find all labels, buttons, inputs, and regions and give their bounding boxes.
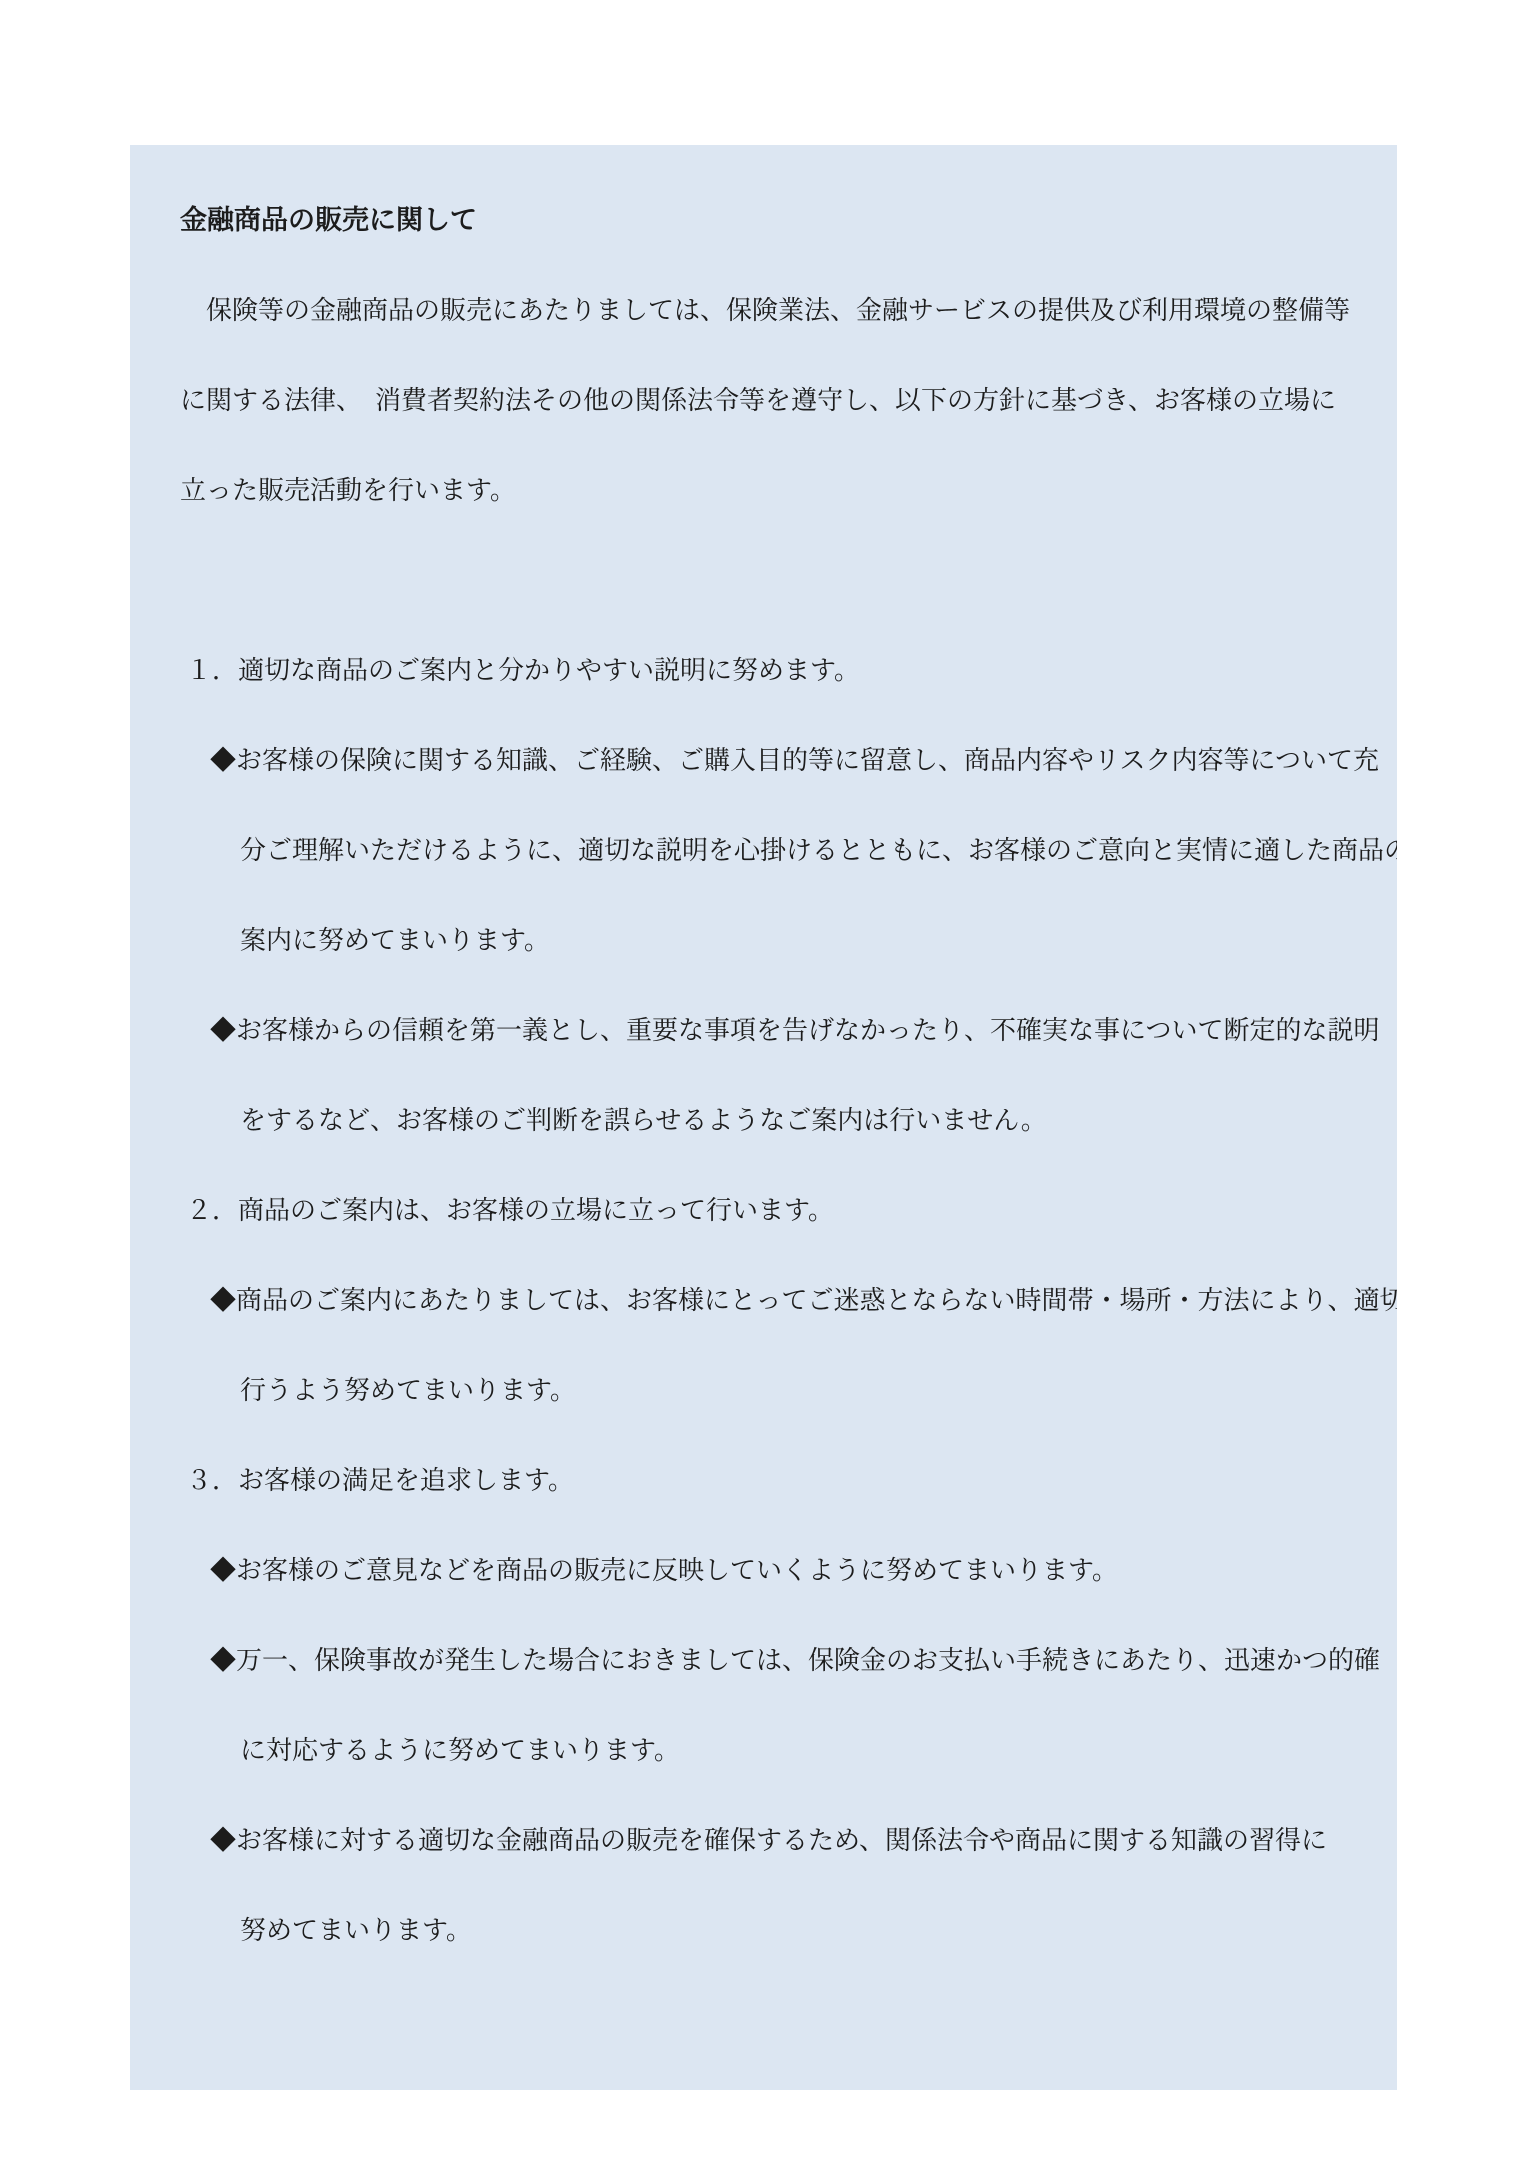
intro-line: に関する法律、 消費者契約法その他の関係法令等を遵守し、以下の方針に基づき、お客… [180,355,1369,445]
financial-products-sales-policy-panel: 金融商品の販売に関して 保険等の金融商品の販売にあたりましては、保険業法、金融サ… [130,145,1397,2090]
intro-line: 保険等の金融商品の販売にあたりましては、保険業法、金融サービスの提供及び利用環境… [180,265,1369,355]
panel-title: 金融商品の販売に関して [180,175,1369,265]
item-heading-1: １．適切な商品のご案内と分かりやすい説明に努めます。 [180,625,1369,715]
blank-line [180,535,1369,625]
bullet-continuation-line: をするなど、お客様のご判断を誤らせるようなご案内は行いません。 [180,1075,1369,1165]
bullet-continuation-line: に対応するように努めてまいります。 [180,1705,1369,1795]
bullet-line: ◆お客様のご意見などを商品の販売に反映していくように努めてまいります。 [180,1525,1369,1615]
bullet-continuation-line: 分ご理解いただけるように、適切な説明を心掛けるとともに、お客様のご意向と実情に適… [180,805,1369,895]
bullet-continuation-line: 案内に努めてまいります。 [180,895,1369,985]
bullet-line: ◆万一、保険事故が発生した場合におきましては、保険金のお支払い手続きにあたり、迅… [180,1615,1369,1705]
intro-line: 立った販売活動を行います。 [180,445,1369,535]
bullet-line: ◆お客様の保険に関する知識、ご経験、ご購入目的等に留意し、商品内容やリスク内容等… [180,715,1369,805]
item-heading-3: ３．お客様の満足を追求します。 [180,1435,1369,1525]
bullet-line: ◆お客様からの信頼を第一義とし、重要な事項を告げなかったり、不確実な事について断… [180,985,1369,1075]
bullet-line: ◆お客様に対する適切な金融商品の販売を確保するため、関係法令や商品に関する知識の… [180,1795,1369,1885]
bullet-line: ◆商品のご案内にあたりましては、お客様にとってご迷惑とならない時間帯・場所・方法… [180,1255,1369,1345]
bullet-continuation-line: 努めてまいります。 [180,1885,1369,1975]
item-heading-2: ２．商品のご案内は、お客様の立場に立って行います。 [180,1165,1369,1255]
bullet-continuation-line: 行うよう努めてまいります。 [180,1345,1369,1435]
